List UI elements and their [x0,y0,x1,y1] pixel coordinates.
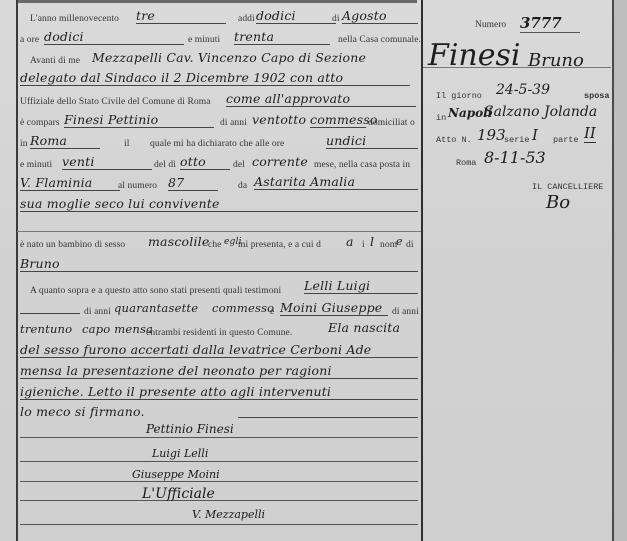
margin-atto-label: Atto N. [436,135,472,145]
margin-atto-value: 193 [477,126,506,144]
signature-rule [20,500,418,501]
printed-del: del [233,160,245,170]
line-avanti: Avanti di me Mezzapelli Cav. Vincenzo Ca… [20,50,418,70]
hand-midwife: del sesso furono accertati dalla levatri… [20,342,418,358]
hand-witness-1-age: quarantasette [114,301,198,315]
hand-declarant-age: ventotto [252,112,306,127]
printed-residenti: entrambi residenti in questo Comune. [146,328,292,338]
right-border-line [612,0,614,541]
printed-di: di [332,14,340,24]
printed-casa-posta: mese, nella casa posta in [314,160,410,170]
margin-cancelliere-label: IL CANCELLIERE [532,182,603,192]
signature-rule [20,524,418,525]
line-testimoni: A quanto sopra e a questo atto sono stat… [20,280,418,300]
line-testimone-2-eta: trentuno capo mensa entrambi residenti i… [20,322,418,342]
line-testimone-1-eta: di anni quarantasette commesso e Moini G… [20,301,418,321]
hand-witness-2-age: trentuno [20,322,72,336]
blank-fill-line [20,313,80,314]
margin-spouse-name: Salzano Jolanda [484,104,597,120]
printed-di-anni-3: di anni [392,307,419,317]
signature-rule [20,461,418,462]
margin-sposa-label: sposa [584,91,610,101]
printed-da: da [238,181,247,191]
signature-officer-title: L'Ufficiale [142,486,215,502]
printed-del-di: del dì [154,160,176,170]
printed-nom: nom [380,240,397,250]
printed-e-comparso: è compars [20,118,60,128]
hand-declarant-profession: commesso [310,112,366,128]
printed-di-2: di [406,240,414,250]
printed-al-numero: al numero [118,181,157,191]
hand-l: l [370,234,374,249]
hand-child-name: Bruno [20,256,418,272]
hand-a: a [346,234,354,249]
hand-approval: come all'approvato [226,91,416,107]
line-firmano: lo meco si firmano. [20,404,418,424]
hand-birth-hour: undici [326,133,418,149]
printed-dichiarato: quale mi ha dichiarato che alle ore [150,139,284,149]
margin-parte-value: II [584,124,596,143]
signature-witness-1: Luigi Lelli [152,447,208,460]
hand-birth-minutes: venti [62,154,152,170]
hand-witness-1: Lelli Luigi [304,278,418,294]
hand-month: Agosto [342,8,418,24]
printed-di-anni: di anni [220,118,247,128]
blank-fill-line [238,417,418,418]
hand-read-act: igieniche. Letto il presente atto agli i… [20,384,418,400]
margin-parte-label: parte [553,135,579,145]
section-divider [17,231,421,232]
hand-minutes: trenta [234,29,330,45]
line-delegato: delegato dal Sindaco il 2 Dicembre 1902 … [20,70,418,90]
signature-rule [20,481,418,482]
line-nome: Bruno [20,256,418,276]
margin-numero-label: Numero [475,20,506,30]
top-border [17,0,417,3]
line-hour: a ore dodici e minuti trenta nella Casa … [20,29,418,49]
margin-name-rule [423,67,611,68]
printed-in: in [20,139,28,149]
printed-mi-presenta: mi presenta, e a cui d [238,240,321,250]
printed-nato-bambino: è nato un bambino di sesso [20,240,125,250]
line-accertati: del sesso furono accertati dalla levatri… [20,342,418,362]
line-comparso: è compars Finesi Pettinio di anni ventot… [20,112,418,132]
margin-roma-label: Roma [456,158,476,168]
line-sesso: è nato un bambino di sesso mascolile che… [20,234,418,254]
printed-e-minuti-2: e minuti [20,160,52,170]
hand-house-number: 87 [168,175,218,191]
hand-year: tre [136,8,226,24]
margin-serie-value: I [532,126,538,144]
hand-birth-day: otto [180,154,230,170]
line-moglie: sua moglie seco lui convivente [20,196,418,216]
margin-giorno-value: 24-5-39 [496,82,550,98]
page-edge [614,0,627,541]
line-year-date: L'anno millenovecento tre addì dodici di… [20,8,418,28]
hand-wife-cohabiting: sua moglie seco lui convivente [20,196,418,212]
signature-witness-2: Giuseppe Moini [132,468,220,481]
printed-domiciliato: domiciliat o [368,118,415,128]
margin-serie-label: serie [504,135,530,145]
hand-witness-2-profession: capo mensa [82,322,153,336]
hand-official-name: Mezzapelli Cav. Vincenzo Capo di Sezione [92,50,366,65]
margin-divider-line [421,0,423,541]
line-minuti-casa: e minuti venti del dì otto del corrente … [20,154,418,174]
hand-delegation: delegato dal Sindaco il 2 Dicembre 1902 … [20,70,410,86]
hand-sex: mascolile [148,234,209,249]
margin-cancelliere-signature: Bo [546,192,570,213]
signature-declarant: Pettinio Finesi [146,422,234,436]
hand-residence: Roma [30,133,100,149]
printed-testimoni: A quanto sopra e a questo atto sono stat… [30,286,281,296]
hand-birth-month: corrente [252,154,308,169]
printed-year-label: L'anno millenovecento [30,14,119,24]
hand-signed: lo meco si firmano. [20,404,145,419]
hand-la-nascita: Ela nascita [328,320,400,335]
hand-hour: dodici [44,29,184,45]
printed-di-anni-2: di anni [84,307,111,317]
line-letto: igieniche. Letto il presente atto agli i… [20,384,418,404]
printed-addi: addì [238,14,255,24]
left-border-line [16,0,18,541]
line-uffiziale: Uffiziale dello Stato Civile del Comune … [20,91,418,111]
margin-in-label: in [436,113,446,123]
printed-che: che [208,240,221,250]
margin-numero-value: 3777 [520,14,580,33]
printed-avanti-di-me: Avanti di me [30,56,80,66]
margin-giorno-label: Il giorno [436,91,482,101]
hand-day: dodici [256,8,336,24]
printed-casa-comunale: nella Casa comunale. [338,35,421,45]
printed-il: il [124,139,129,149]
hand-mother-name: Astarita Amalia [254,174,418,190]
signature-officer: V. Mezzapelli [192,508,265,521]
hand-presentation: mensa la presentazione del neonato per r… [20,363,418,379]
hand-witness-2: Moini Giuseppe [280,300,388,316]
printed-e: e [270,307,274,317]
signature-rule [20,437,418,438]
margin-annotation-date: 8-11-53 [484,148,546,167]
printed-i: i [362,240,365,250]
birth-record-page: L'anno millenovecento tre addì dodici di… [0,0,627,541]
hand-e: e [396,235,403,248]
printed-uffiziale: Uffiziale dello Stato Civile del Comune … [20,97,211,107]
printed-a-ore: a ore [20,35,39,45]
hand-street: V. Flaminia [20,175,120,191]
line-indirizzo: V. Flaminia al numero 87 da Astarita Ama… [20,175,418,195]
hand-witness-1-profession: commesso [212,301,274,315]
printed-e-minuti: e minuti [188,35,220,45]
line-presentazione: mensa la presentazione del neonato per r… [20,363,418,383]
line-luogo: in Roma il quale mi ha dichiarato che al… [20,133,418,153]
hand-declarant-name: Finesi Pettinio [64,112,214,128]
